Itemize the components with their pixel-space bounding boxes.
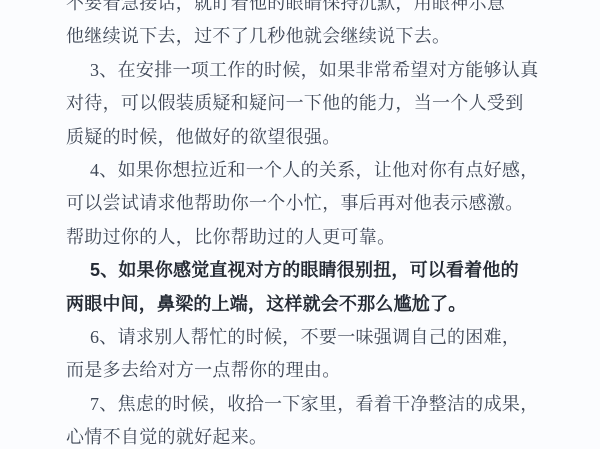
text-line: 心情不自觉的就好起来。 [66, 421, 600, 449]
text-line: 可以尝试请求他帮助你一个小忙，事后再对他表示感激。 [66, 187, 600, 220]
text-line-item-6: 6、请求别人帮忙的时候，不要一味强调自己的困难， [66, 321, 600, 354]
text-line: 质疑的时候，他做好的欲望很强。 [66, 121, 600, 154]
text-body: 不要着急接话，就盯着他的眼睛保持沉默，用眼神示意 他继续说下去，过不了几秒他就会… [66, 0, 600, 449]
text-line: 帮助过你的人，比你帮助过的人更可靠。 [66, 221, 600, 254]
text-line-item-3: 3、在安排一项工作的时候，如果非常希望对方能够认真 [66, 54, 600, 87]
text-line: 而是多去给对方一点帮你的理由。 [66, 354, 600, 387]
text-line: 他继续说下去，过不了几秒他就会继续说下去。 [66, 20, 600, 53]
text-line-item-7: 7、焦虑的时候，收拾一下家里，看着干净整洁的成果， [66, 388, 600, 421]
text-line-item-4: 4、如果你想拉近和一个人的关系，让他对你有点好感， [66, 154, 600, 187]
text-line-item-5: 5、如果你感觉直视对方的眼睛很别扭，可以看着他的 [66, 254, 600, 287]
text-line-bold: 两眼中间，鼻梁的上端，这样就会不那么尴尬了。 [66, 288, 600, 321]
text-line: 对待，可以假装质疑和疑问一下他的能力，当一个人受到 [66, 87, 600, 120]
text-line-clipped: 不要着急接话，就盯着他的眼睛保持沉默，用眼神示意 [66, 0, 600, 20]
page: 不要着急接话，就盯着他的眼睛保持沉默，用眼神示意 他继续说下去，过不了几秒他就会… [0, 0, 600, 449]
